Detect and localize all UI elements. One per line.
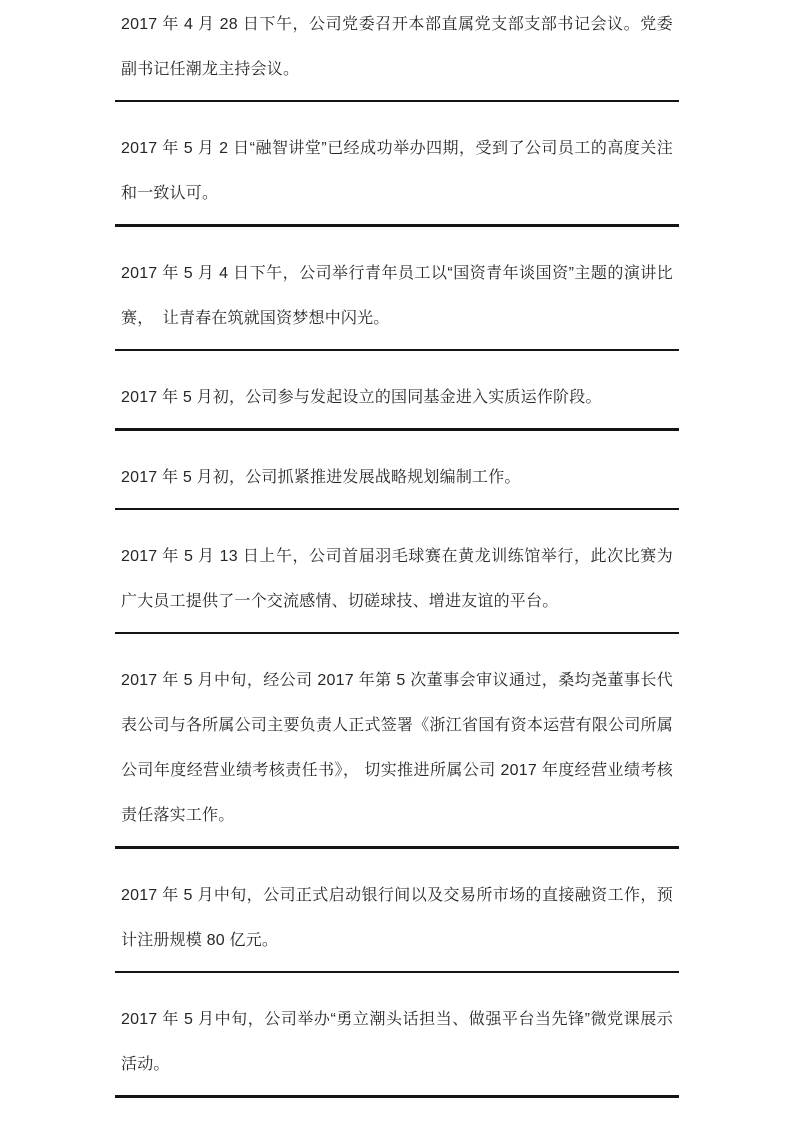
timeline-entry: 2017 年 5 月中旬，经公司 2017 年第 5 次董事会审议通过，桑均尧董…: [121, 658, 673, 848]
divider-line: [115, 428, 679, 430]
timeline-entry: 2017 年 5 月中旬，公司举办“勇立潮头话担当、做强平台当先锋”微党课展示活…: [121, 997, 673, 1097]
timeline-entry: 2017 年 5 月 4 日下午，公司举行青年员工以“国资青年谈国资”主题的演讲…: [121, 251, 673, 351]
entry-text: 2017 年 5 月初，公司参与发起设立的国同基金进入实质运作阶段。: [121, 375, 673, 420]
divider-line: [115, 1095, 679, 1097]
divider-line: [115, 508, 679, 510]
divider-line: [115, 971, 679, 973]
entry-text: 2017 年 5 月初，公司抓紧推进发展战略规划编制工作。: [121, 455, 673, 500]
timeline-entry: 2017 年 5 月初，公司抓紧推进发展战略规划编制工作。: [121, 455, 673, 510]
entry-text: 2017 年 5 月 4 日下午，公司举行青年员工以“国资青年谈国资”主题的演讲…: [121, 251, 673, 341]
timeline-entry: 2017 年 5 月中旬，公司正式启动银行间以及交易所市场的直接融资工作，预计注…: [121, 873, 673, 973]
entry-text: 2017 年 4 月 28 日下午，公司党委召开本部直属党支部支部书记会议。党委…: [121, 2, 673, 92]
divider-line: [115, 100, 679, 102]
entry-text: 2017 年 5 月中旬，公司正式启动银行间以及交易所市场的直接融资工作，预计注…: [121, 873, 673, 963]
timeline-entry: 2017 年 4 月 28 日下午，公司党委召开本部直属党支部支部书记会议。党委…: [121, 2, 673, 102]
timeline-entry: 2017 年 5 月 13 日上午，公司首届羽毛球赛在黄龙训练馆举行，此次比赛为…: [121, 534, 673, 634]
document-page: 2017 年 4 月 28 日下午，公司党委召开本部直属党支部支部书记会议。党委…: [0, 0, 794, 1123]
divider-line: [115, 632, 679, 634]
timeline-entry: 2017 年 5 月 2 日“融智讲堂”已经成功举办四期，受到了公司员工的高度关…: [121, 126, 673, 226]
entry-text: 2017 年 5 月 13 日上午，公司首届羽毛球赛在黄龙训练馆举行，此次比赛为…: [121, 534, 673, 624]
divider-line: [115, 846, 679, 848]
entry-text: 2017 年 5 月 2 日“融智讲堂”已经成功举办四期，受到了公司员工的高度关…: [121, 126, 673, 216]
divider-line: [115, 224, 679, 226]
entry-text: 2017 年 5 月中旬，公司举办“勇立潮头话担当、做强平台当先锋”微党课展示活…: [121, 997, 673, 1087]
divider-line: [115, 349, 679, 351]
timeline-entry: 2017 年 5 月初，公司参与发起设立的国同基金进入实质运作阶段。: [121, 375, 673, 430]
entry-text: 2017 年 5 月中旬，经公司 2017 年第 5 次董事会审议通过，桑均尧董…: [121, 658, 673, 838]
